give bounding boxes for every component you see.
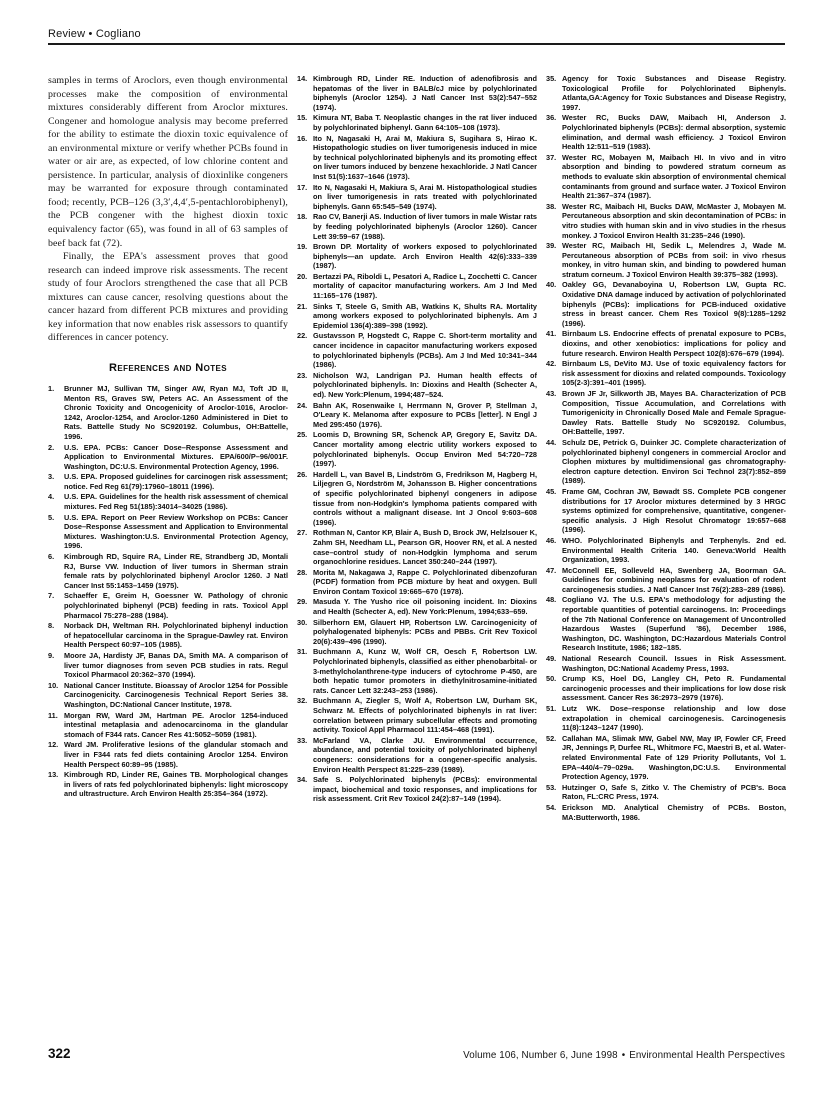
issue-line: Volume 106, Number 6, June 1998•Environm… [463, 1050, 785, 1061]
header-rule [48, 43, 785, 45]
reference-text: WHO. Polychlorinated Biphenyls and Terph… [562, 536, 786, 565]
running-head: Review • Cogliano [48, 28, 785, 40]
reference-number: 20. [297, 272, 313, 301]
reference-text: Kimbrough RD, Squire RA, Linder RE, Stra… [64, 552, 288, 590]
reference-text: National Research Council. Issues in Ris… [562, 654, 786, 673]
reference-item: 28. Morita M, Nakagawa J, Rappe C. Polyc… [297, 568, 537, 597]
reference-text: Ward JM. Proliferative lesions of the gl… [64, 740, 288, 769]
reference-item: 2. U.S. EPA. PCBs: Cancer Dose–Response … [48, 443, 288, 472]
reference-text: U.S. EPA. Proposed guidelines for carcin… [64, 472, 288, 491]
reference-text: Norback DH, Weltman RH. Polychlorinated … [64, 621, 288, 650]
reference-item: 48. Cogliano VJ. The U.S. EPA's methodol… [546, 595, 786, 653]
reference-number: 26. [297, 470, 313, 528]
reference-item: 51. Lutz WK. Dose–response relationship … [546, 704, 786, 733]
reference-text: Morita M, Nakagawa J, Rappe C. Polychlor… [313, 568, 537, 597]
reference-list-left: 1. Brunner MJ, Sullivan TM, Singer AW, R… [48, 384, 288, 799]
reference-text: Birnbaum LS, DeVito MJ. Use of toxic equ… [562, 359, 786, 388]
reference-text: U.S. EPA. PCBs: Cancer Dose–Response Ass… [64, 443, 288, 472]
reference-text: Kimura NT, Baba T. Neoplastic changes in… [313, 113, 537, 132]
reference-number: 32. [297, 696, 313, 734]
reference-text: National Cancer Institute. Bioassay of A… [64, 681, 288, 710]
reference-item: 7. Schaeffer E, Greim H, Goessner W. Pat… [48, 591, 288, 620]
page-number: 322 [48, 1046, 71, 1061]
reference-text: Schaeffer E, Greim H, Goessner W. Pathol… [64, 591, 288, 620]
reference-number: 47. [546, 566, 562, 595]
reference-text: Ito N, Nagasaki H, Arai M, Makiura S, Su… [313, 134, 537, 182]
reference-text: Oakley GG, Devanaboyina U, Robertson LW,… [562, 280, 786, 328]
reference-item: 26. Hardell L, van Bavel B, Lindström G,… [297, 470, 537, 528]
reference-number: 8. [48, 621, 64, 650]
reference-item: 3. U.S. EPA. Proposed guidelines for car… [48, 472, 288, 491]
reference-text: Buchmann A, Kunz W, Wolf CR, Oesch F, Ro… [313, 647, 537, 695]
references-heading: References and Notes [48, 362, 288, 374]
reference-item: 15. Kimura NT, Baba T. Neoplastic change… [297, 113, 537, 132]
reference-number: 25. [297, 430, 313, 468]
reference-item: 46. WHO. Polychlorinated Biphenyls and T… [546, 536, 786, 565]
reference-text: McFarland VA, Clarke JU. Environmental o… [313, 736, 537, 774]
reference-item: 1. Brunner MJ, Sullivan TM, Singer AW, R… [48, 384, 288, 442]
reference-number: 44. [546, 438, 562, 486]
reference-number: 52. [546, 734, 562, 782]
article-body: samples in terms of Aroclors, even thoug… [48, 74, 288, 345]
reference-item: 5. U.S. EPA. Report on Peer Review Works… [48, 513, 288, 551]
journal-page: Review • Cogliano samples in terms of Ar… [0, 0, 816, 1097]
reference-text: Agency for Toxic Substances and Disease … [562, 74, 786, 112]
reference-text: Bertazzi PA, Riboldi L, Pesatori A, Radi… [313, 272, 537, 301]
reference-number: 33. [297, 736, 313, 774]
reference-number: 36. [546, 113, 562, 151]
reference-item: 16. Ito N, Nagasaki H, Arai M, Makiura S… [297, 134, 537, 182]
reference-text: Nicholson WJ, Landrigan PJ. Human health… [313, 371, 537, 400]
reference-list-middle: 14. Kimbrough RD, Linder RE. Induction o… [297, 74, 537, 804]
reference-text: Morgan RW, Ward JM, Hartman PE. Aroclor … [64, 711, 288, 740]
reference-text: Cogliano VJ. The U.S. EPA's methodology … [562, 595, 786, 653]
reference-text: Hardell L, van Bavel B, Lindström G, Fre… [313, 470, 537, 528]
reference-item: 10. National Cancer Institute. Bioassay … [48, 681, 288, 710]
reference-number: 51. [546, 704, 562, 733]
reference-item: 13. Kimbrough RD, Linder RE, Gaines TB. … [48, 770, 288, 799]
reference-item: 31. Buchmann A, Kunz W, Wolf CR, Oesch F… [297, 647, 537, 695]
reference-number: 31. [297, 647, 313, 695]
column-left: samples in terms of Aroclors, even thoug… [48, 74, 288, 823]
reference-item: 11. Morgan RW, Ward JM, Hartman PE. Aroc… [48, 711, 288, 740]
reference-item: 41. Birnbaum LS. Endocrine effects of pr… [546, 329, 786, 358]
reference-item: 18. Rao CV, Banerji AS. Induction of liv… [297, 212, 537, 241]
page-columns: samples in terms of Aroclors, even thoug… [48, 74, 785, 823]
reference-text: Kimbrough RD, Linder RE. Induction of ad… [313, 74, 537, 112]
reference-text: Masuda Y. The Yusho rice oil poisoning i… [313, 597, 537, 616]
reference-number: 29. [297, 597, 313, 616]
reference-number: 15. [297, 113, 313, 132]
reference-number: 49. [546, 654, 562, 673]
reference-text: U.S. EPA. Report on Peer Review Workshop… [64, 513, 288, 551]
reference-item: 24. Bahn AK, Rosenwaike I, Herrmann N, G… [297, 401, 537, 430]
reference-number: 39. [546, 241, 562, 279]
reference-item: 20. Bertazzi PA, Riboldi L, Pesatori A, … [297, 272, 537, 301]
reference-text: Buchmann A, Ziegler S, Wolf A, Robertson… [313, 696, 537, 734]
reference-number: 6. [48, 552, 64, 590]
reference-item: 40. Oakley GG, Devanaboyina U, Robertson… [546, 280, 786, 328]
reference-item: 12. Ward JM. Proliferative lesions of th… [48, 740, 288, 769]
reference-text: U.S. EPA. Guidelines for the health risk… [64, 492, 288, 511]
reference-number: 42. [546, 359, 562, 388]
article-paragraph: Finally, the EPA's assessment proves tha… [48, 250, 288, 345]
reference-item: 22. Gustavsson P, Hogstedt C, Rappe C. S… [297, 331, 537, 369]
reference-text: Loomis D, Browning SR, Schenck AP, Grego… [313, 430, 537, 468]
column-middle: 14. Kimbrough RD, Linder RE. Induction o… [297, 74, 537, 823]
reference-number: 30. [297, 618, 313, 647]
reference-text: Bahn AK, Rosenwaike I, Herrmann N, Grove… [313, 401, 537, 430]
reference-item: 8. Norback DH, Weltman RH. Polychlorinat… [48, 621, 288, 650]
reference-text: McConnell EE, Solleveld HA, Swenberg JA,… [562, 566, 786, 595]
reference-item: 39. Wester RC, Maibach HI, Sedik L, Mele… [546, 241, 786, 279]
journal-name: Environmental Health Perspectives [629, 1050, 785, 1061]
reference-text: Wester RC, Mobayen M, Maibach HI. In viv… [562, 153, 786, 201]
reference-number: 43. [546, 389, 562, 437]
page-footer: 322 Volume 106, Number 6, June 1998•Envi… [48, 1046, 785, 1061]
reference-item: 36. Wester RC, Bucks DAW, Maibach HI, An… [546, 113, 786, 151]
reference-text: Wester RC, Bucks DAW, Maibach HI, Anders… [562, 113, 786, 151]
reference-text: Schulz DE, Petrick G, Duinker JC. Comple… [562, 438, 786, 486]
reference-number: 7. [48, 591, 64, 620]
reference-text: Wester RC, Maibach HI, Bucks DAW, McMast… [562, 202, 786, 240]
reference-text: Rao CV, Banerji AS. Induction of liver t… [313, 212, 537, 241]
reference-text: Gustavsson P, Hogstedt C, Rappe C. Short… [313, 331, 537, 369]
reference-number: 14. [297, 74, 313, 112]
reference-text: Sinks T, Steele G, Smith AB, Watkins K, … [313, 302, 537, 331]
reference-item: 35. Agency for Toxic Substances and Dise… [546, 74, 786, 112]
article-paragraph: samples in terms of Aroclors, even thoug… [48, 74, 288, 250]
reference-number: 46. [546, 536, 562, 565]
reference-number: 54. [546, 803, 562, 822]
reference-item: 33. McFarland VA, Clarke JU. Environment… [297, 736, 537, 774]
reference-item: 6. Kimbrough RD, Squire RA, Linder RE, S… [48, 552, 288, 590]
reference-number: 2. [48, 443, 64, 472]
reference-item: 25. Loomis D, Browning SR, Schenck AP, G… [297, 430, 537, 468]
reference-item: 9. Moore JA, Hardisty JF, Banas DA, Smit… [48, 651, 288, 680]
reference-item: 4. U.S. EPA. Guidelines for the health r… [48, 492, 288, 511]
reference-number: 18. [297, 212, 313, 241]
column-right: 35. Agency for Toxic Substances and Dise… [546, 74, 786, 823]
reference-text: Silberhorn EM, Glauert HP, Robertson LW.… [313, 618, 537, 647]
reference-number: 21. [297, 302, 313, 331]
reference-number: 38. [546, 202, 562, 240]
reference-item: 32. Buchmann A, Ziegler S, Wolf A, Rober… [297, 696, 537, 734]
reference-text: Erickson MD. Analytical Chemistry of PCB… [562, 803, 786, 822]
reference-text: Wester RC, Maibach HI, Sedik L, Melendre… [562, 241, 786, 279]
reference-item: 47. McConnell EE, Solleveld HA, Swenberg… [546, 566, 786, 595]
reference-number: 12. [48, 740, 64, 769]
reference-item: 29. Masuda Y. The Yusho rice oil poisoni… [297, 597, 537, 616]
reference-text: Ito N, Nagasaki H, Makiura S, Arai M. Hi… [313, 183, 537, 212]
reference-text: Hutzinger O, Safe S, Zitko V. The Chemis… [562, 783, 786, 802]
reference-item: 42. Birnbaum LS, DeVito MJ. Use of toxic… [546, 359, 786, 388]
reference-number: 34. [297, 775, 313, 804]
reference-item: 54. Erickson MD. Analytical Chemistry of… [546, 803, 786, 822]
reference-number: 17. [297, 183, 313, 212]
reference-item: 37. Wester RC, Mobayen M, Maibach HI. In… [546, 153, 786, 201]
reference-number: 23. [297, 371, 313, 400]
reference-item: 50. Crump KS, Hoel DG, Langley CH, Peto … [546, 674, 786, 703]
reference-number: 4. [48, 492, 64, 511]
reference-text: Frame GM, Cochran JW, Bøwadt SS. Complet… [562, 487, 786, 535]
reference-text: Brown DP. Mortality of workers exposed t… [313, 242, 537, 271]
reference-number: 19. [297, 242, 313, 271]
reference-item: 49. National Research Council. Issues in… [546, 654, 786, 673]
reference-number: 22. [297, 331, 313, 369]
reference-number: 45. [546, 487, 562, 535]
reference-text: Brunner MJ, Sullivan TM, Singer AW, Ryan… [64, 384, 288, 442]
reference-number: 48. [546, 595, 562, 653]
reference-text: Kimbrough RD, Linder RE, Gaines TB. Morp… [64, 770, 288, 799]
reference-item: 44. Schulz DE, Petrick G, Duinker JC. Co… [546, 438, 786, 486]
reference-number: 28. [297, 568, 313, 597]
reference-text: Moore JA, Hardisty JF, Banas DA, Smith M… [64, 651, 288, 680]
reference-text: Lutz WK. Dose–response relationship and … [562, 704, 786, 733]
reference-number: 27. [297, 528, 313, 566]
reference-item: 14. Kimbrough RD, Linder RE. Induction o… [297, 74, 537, 112]
reference-item: 21. Sinks T, Steele G, Smith AB, Watkins… [297, 302, 537, 331]
reference-text: Callahan MA, Slimak MW, Gabel NW, May IP… [562, 734, 786, 782]
reference-number: 10. [48, 681, 64, 710]
reference-item: 45. Frame GM, Cochran JW, Bøwadt SS. Com… [546, 487, 786, 535]
reference-number: 16. [297, 134, 313, 182]
reference-number: 41. [546, 329, 562, 358]
reference-item: 17. Ito N, Nagasaki H, Makiura S, Arai M… [297, 183, 537, 212]
reference-number: 9. [48, 651, 64, 680]
reference-number: 50. [546, 674, 562, 703]
reference-text: Rothman N, Cantor KP, Blair A, Bush D, B… [313, 528, 537, 566]
reference-item: 38. Wester RC, Maibach HI, Bucks DAW, Mc… [546, 202, 786, 240]
reference-number: 53. [546, 783, 562, 802]
reference-item: 19. Brown DP. Mortality of workers expos… [297, 242, 537, 271]
reference-text: Crump KS, Hoel DG, Langley CH, Peto R. F… [562, 674, 786, 703]
reference-item: 30. Silberhorn EM, Glauert HP, Robertson… [297, 618, 537, 647]
reference-number: 11. [48, 711, 64, 740]
reference-number: 35. [546, 74, 562, 112]
reference-text: Brown JF Jr, Silkworth JB, Mayes BA. Cha… [562, 389, 786, 437]
reference-item: 23. Nicholson WJ, Landrigan PJ. Human he… [297, 371, 537, 400]
reference-list-right: 35. Agency for Toxic Substances and Dise… [546, 74, 786, 822]
reference-text: Safe S. Polychlorinated biphenyls (PCBs)… [313, 775, 537, 804]
reference-number: 40. [546, 280, 562, 328]
reference-text: Birnbaum LS. Endocrine effects of prenat… [562, 329, 786, 358]
reference-item: 43. Brown JF Jr, Silkworth JB, Mayes BA.… [546, 389, 786, 437]
reference-number: 3. [48, 472, 64, 491]
reference-number: 37. [546, 153, 562, 201]
reference-item: 52. Callahan MA, Slimak MW, Gabel NW, Ma… [546, 734, 786, 782]
reference-number: 24. [297, 401, 313, 430]
reference-number: 13. [48, 770, 64, 799]
reference-item: 34. Safe S. Polychlorinated biphenyls (P… [297, 775, 537, 804]
reference-number: 1. [48, 384, 64, 442]
issue-info: Volume 106, Number 6, June 1998 [463, 1050, 618, 1061]
reference-item: 27. Rothman N, Cantor KP, Blair A, Bush … [297, 528, 537, 566]
reference-number: 5. [48, 513, 64, 551]
reference-item: 53. Hutzinger O, Safe S, Zitko V. The Ch… [546, 783, 786, 802]
footer-separator: • [618, 1050, 630, 1061]
